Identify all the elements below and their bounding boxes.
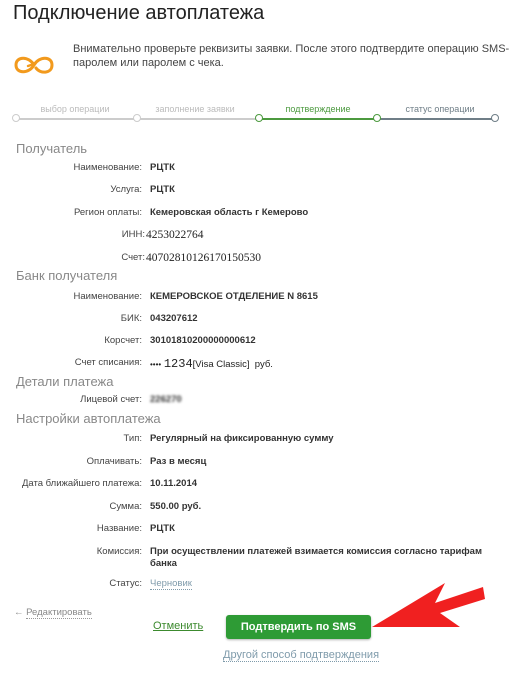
field-label: Оплачивать: (87, 456, 142, 467)
field-label: Счет: (121, 252, 145, 263)
field-value: КЕМЕРОВСКОЕ ОТДЕЛЕНИЕ N 8615 (150, 291, 318, 302)
page-title: Подключение автоплатежа (13, 2, 264, 25)
field-label: Корсчет: (104, 335, 142, 346)
step-line-active (259, 118, 377, 120)
section-recipient: Получатель (16, 141, 87, 156)
progress-steps: выбор операции заполнение заявки подтвер… (0, 98, 530, 128)
autopay-infinity-icon (12, 52, 56, 78)
confirm-sms-button[interactable]: Подтвердить по SMS (226, 615, 371, 639)
field-label: Регион оплаты: (74, 207, 142, 218)
intro-text: Внимательно проверьте реквизиты заявки. … (73, 42, 518, 70)
field-label: Услуга: (110, 184, 142, 195)
edit-link[interactable]: ← Редактировать (14, 607, 92, 618)
field-label: БИК: (121, 313, 142, 324)
status-link[interactable]: Черновик (150, 578, 192, 590)
field-label: Статус: (109, 578, 142, 589)
field-value: 40702810126170150530 (146, 252, 261, 264)
step-dot-active (255, 114, 263, 122)
other-confirmation-method-link[interactable]: Другой способ подтверждения (223, 649, 379, 662)
arrow-left-icon: ← (14, 607, 24, 618)
step-label-active: подтверждение (263, 104, 373, 114)
field-value: 10.11.2014 (150, 478, 197, 489)
step-dot-active (373, 114, 381, 122)
field-label: ИНН: (122, 229, 145, 240)
debit-account: •••• 1234[Visa Classic] руб. (150, 357, 273, 371)
section-bank: Банк получателя (16, 268, 117, 283)
field-label: Счет списания: (75, 357, 142, 368)
field-value: РЦТК (150, 523, 175, 534)
step-line-pending (377, 118, 495, 120)
field-value: 550.00 руб. (150, 501, 201, 512)
field-value: 4253022764 (146, 229, 204, 241)
field-label: Наименование: (74, 291, 143, 302)
section-autopay-settings: Настройки автоплатежа (16, 411, 161, 426)
field-label: Тип: (124, 433, 142, 444)
field-value: РЦТК (150, 184, 175, 195)
field-label: Лицевой счет: (80, 394, 142, 405)
red-arrow-annotation-icon (360, 575, 525, 640)
step-dot-pending (491, 114, 499, 122)
cancel-link[interactable]: Отменить (153, 620, 203, 632)
field-value: РЦТК (150, 162, 175, 173)
field-label: Сумма: (110, 501, 143, 512)
field-value: 30101810200000000612 (150, 335, 256, 346)
step-label: статус операции (385, 104, 495, 114)
step-dot (12, 114, 20, 122)
step-label: заполнение заявки (140, 104, 250, 114)
section-details: Детали платежа (16, 374, 114, 389)
field-label: Комиссия: (97, 546, 142, 557)
field-label: Дата ближайшего платежа: (22, 478, 142, 489)
field-value: банка (150, 558, 177, 569)
step-dot (133, 114, 141, 122)
step-label: выбор операции (20, 104, 130, 114)
field-value: Раз в месяц (150, 456, 206, 467)
field-value: 043207612 (150, 313, 198, 324)
personal-account-blurred: 226270 (150, 394, 182, 405)
field-value: Регулярный на фиксированную сумму (150, 433, 334, 444)
field-label: Название: (97, 523, 142, 534)
field-value: Кемеровская область г Кемерово (150, 207, 308, 218)
field-value: Черновик (150, 578, 192, 589)
field-label: Наименование: (74, 162, 143, 173)
field-value: При осуществлении платежей взимается ком… (150, 546, 482, 557)
